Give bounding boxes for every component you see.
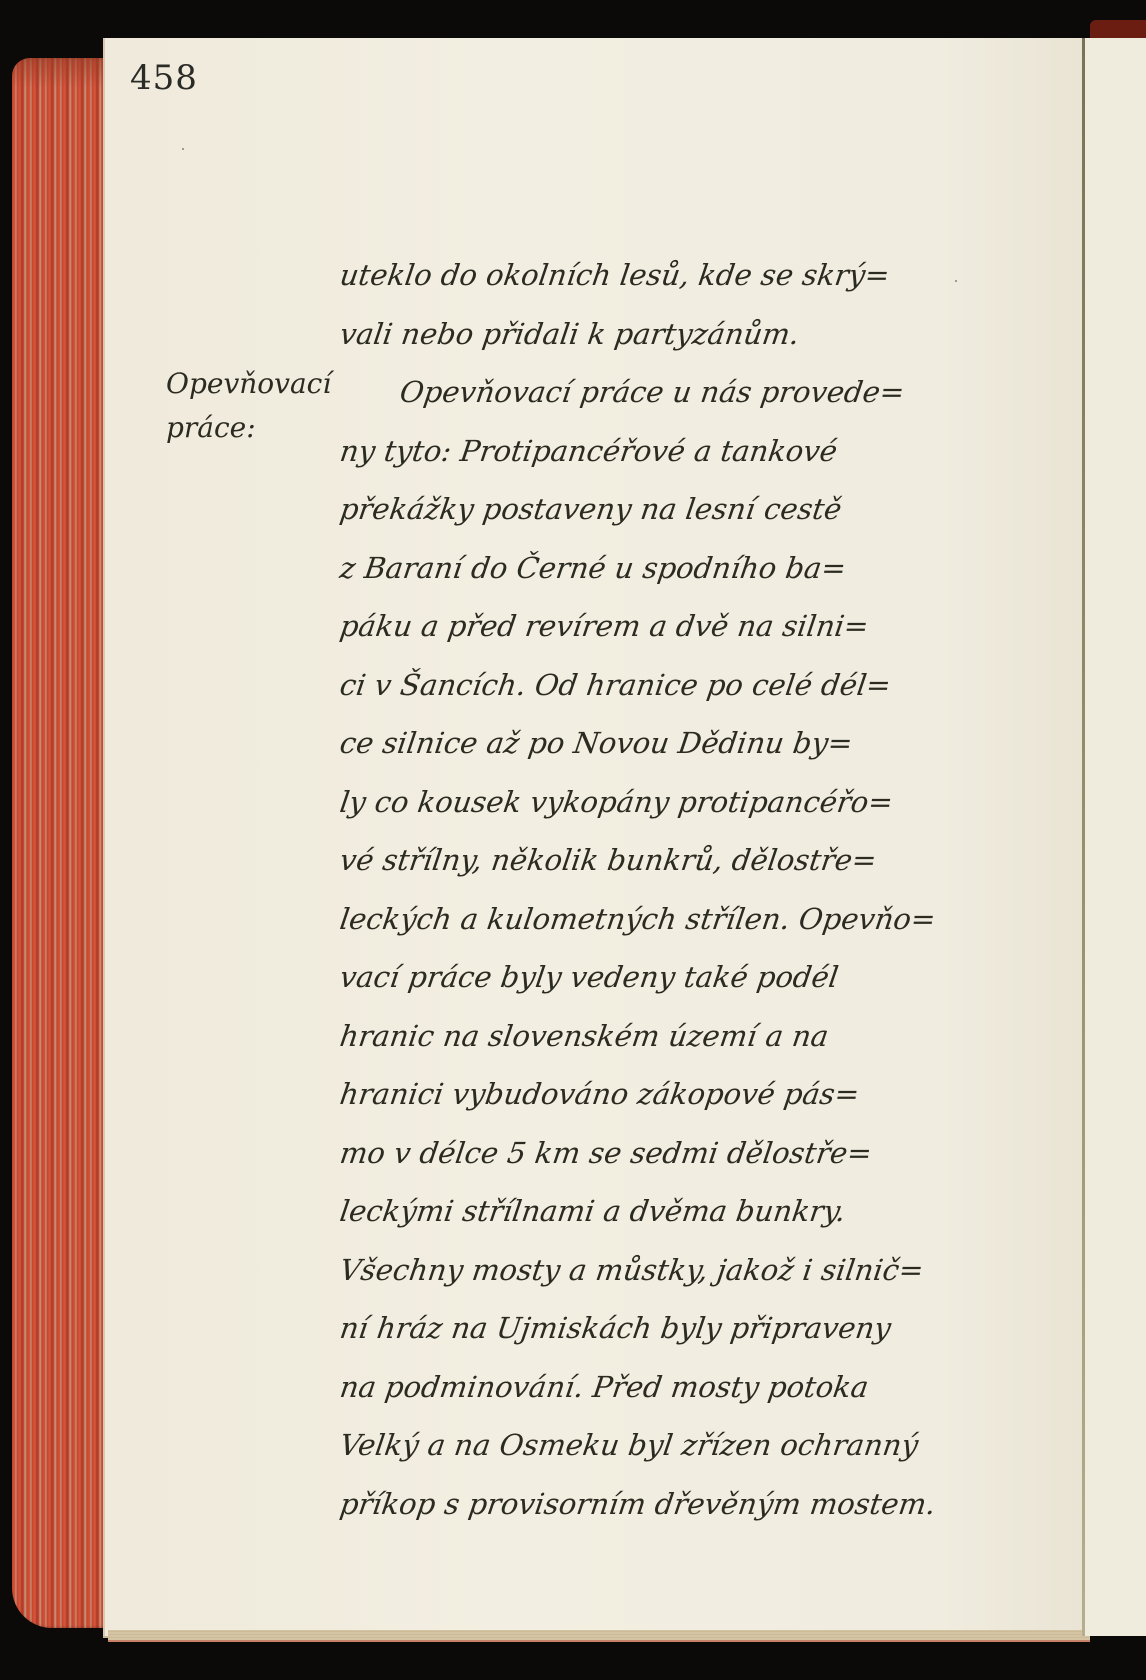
handwritten-body: uteklo do okolních lesů, kde se skrý= va… — [336, 246, 1016, 1533]
text-line: vali nebo přidali k partyzánům. — [336, 305, 1024, 364]
text-line: překážky postaveny na lesní cestě — [336, 480, 1024, 539]
text-line: hranic na slovenském území a na — [336, 1007, 1024, 1066]
facing-page — [1085, 38, 1146, 1636]
text-line: ci v Šancích. Od hranice po celé dél= — [336, 656, 1024, 715]
text-line: hranici vybudováno zákopové pás= — [336, 1065, 1024, 1124]
text-line: ny tyto: Protipancéřové a tankové — [336, 422, 1024, 481]
margin-note-line: Opevňovací — [166, 362, 316, 406]
text-line: ní hráz na Ujmiskách byly připraveny — [336, 1299, 1024, 1358]
facing-page-top-edge — [1090, 20, 1146, 38]
text-line: leckých a kulometných střílen. Opevňo= — [336, 890, 1024, 949]
text-line: Velký a na Osmeku byl zřízen ochranný — [336, 1416, 1024, 1475]
text-line: z Baraní do Černé u spodního ba= — [336, 539, 1024, 598]
text-line: uteklo do okolních lesů, kde se skrý= — [336, 246, 1024, 305]
page-number: 458 — [130, 58, 198, 98]
text-line: leckými střílnami a dvěma bunkry. — [336, 1182, 1024, 1241]
text-line: páku a před revírem a dvě na silni= — [336, 597, 1024, 656]
text-line: příkop s provisorním dřevěným mostem. — [336, 1475, 1024, 1534]
text-line: na podminování. Před mosty potoka — [336, 1358, 1024, 1417]
text-line: vé střílny, několik bunkrů, dělostře= — [336, 831, 1024, 890]
red-page-edges — [12, 58, 110, 1628]
text-line: mo v délce 5 km se sedmi dělostře= — [336, 1124, 1024, 1183]
book-scan: 458 Opevňovací práce: uteklo do okolních… — [0, 0, 1146, 1680]
margin-note-line: práce: — [166, 406, 316, 450]
text-line: Všechny mosty a můstky, jakož i silnič= — [336, 1241, 1024, 1300]
paragraph-start-line: Opevňovací práce u nás provede= — [336, 363, 1024, 422]
paper-speck — [182, 148, 184, 150]
text-line: vací práce byly vedeny také podél — [336, 948, 1024, 1007]
text-line: ly co kousek vykopány protipancéřo= — [336, 773, 1024, 832]
margin-note: Opevňovací práce: — [166, 362, 316, 450]
page-bottom-edge — [108, 1630, 1090, 1642]
text-line: ce silnice až po Novou Dědinu by= — [336, 714, 1024, 773]
